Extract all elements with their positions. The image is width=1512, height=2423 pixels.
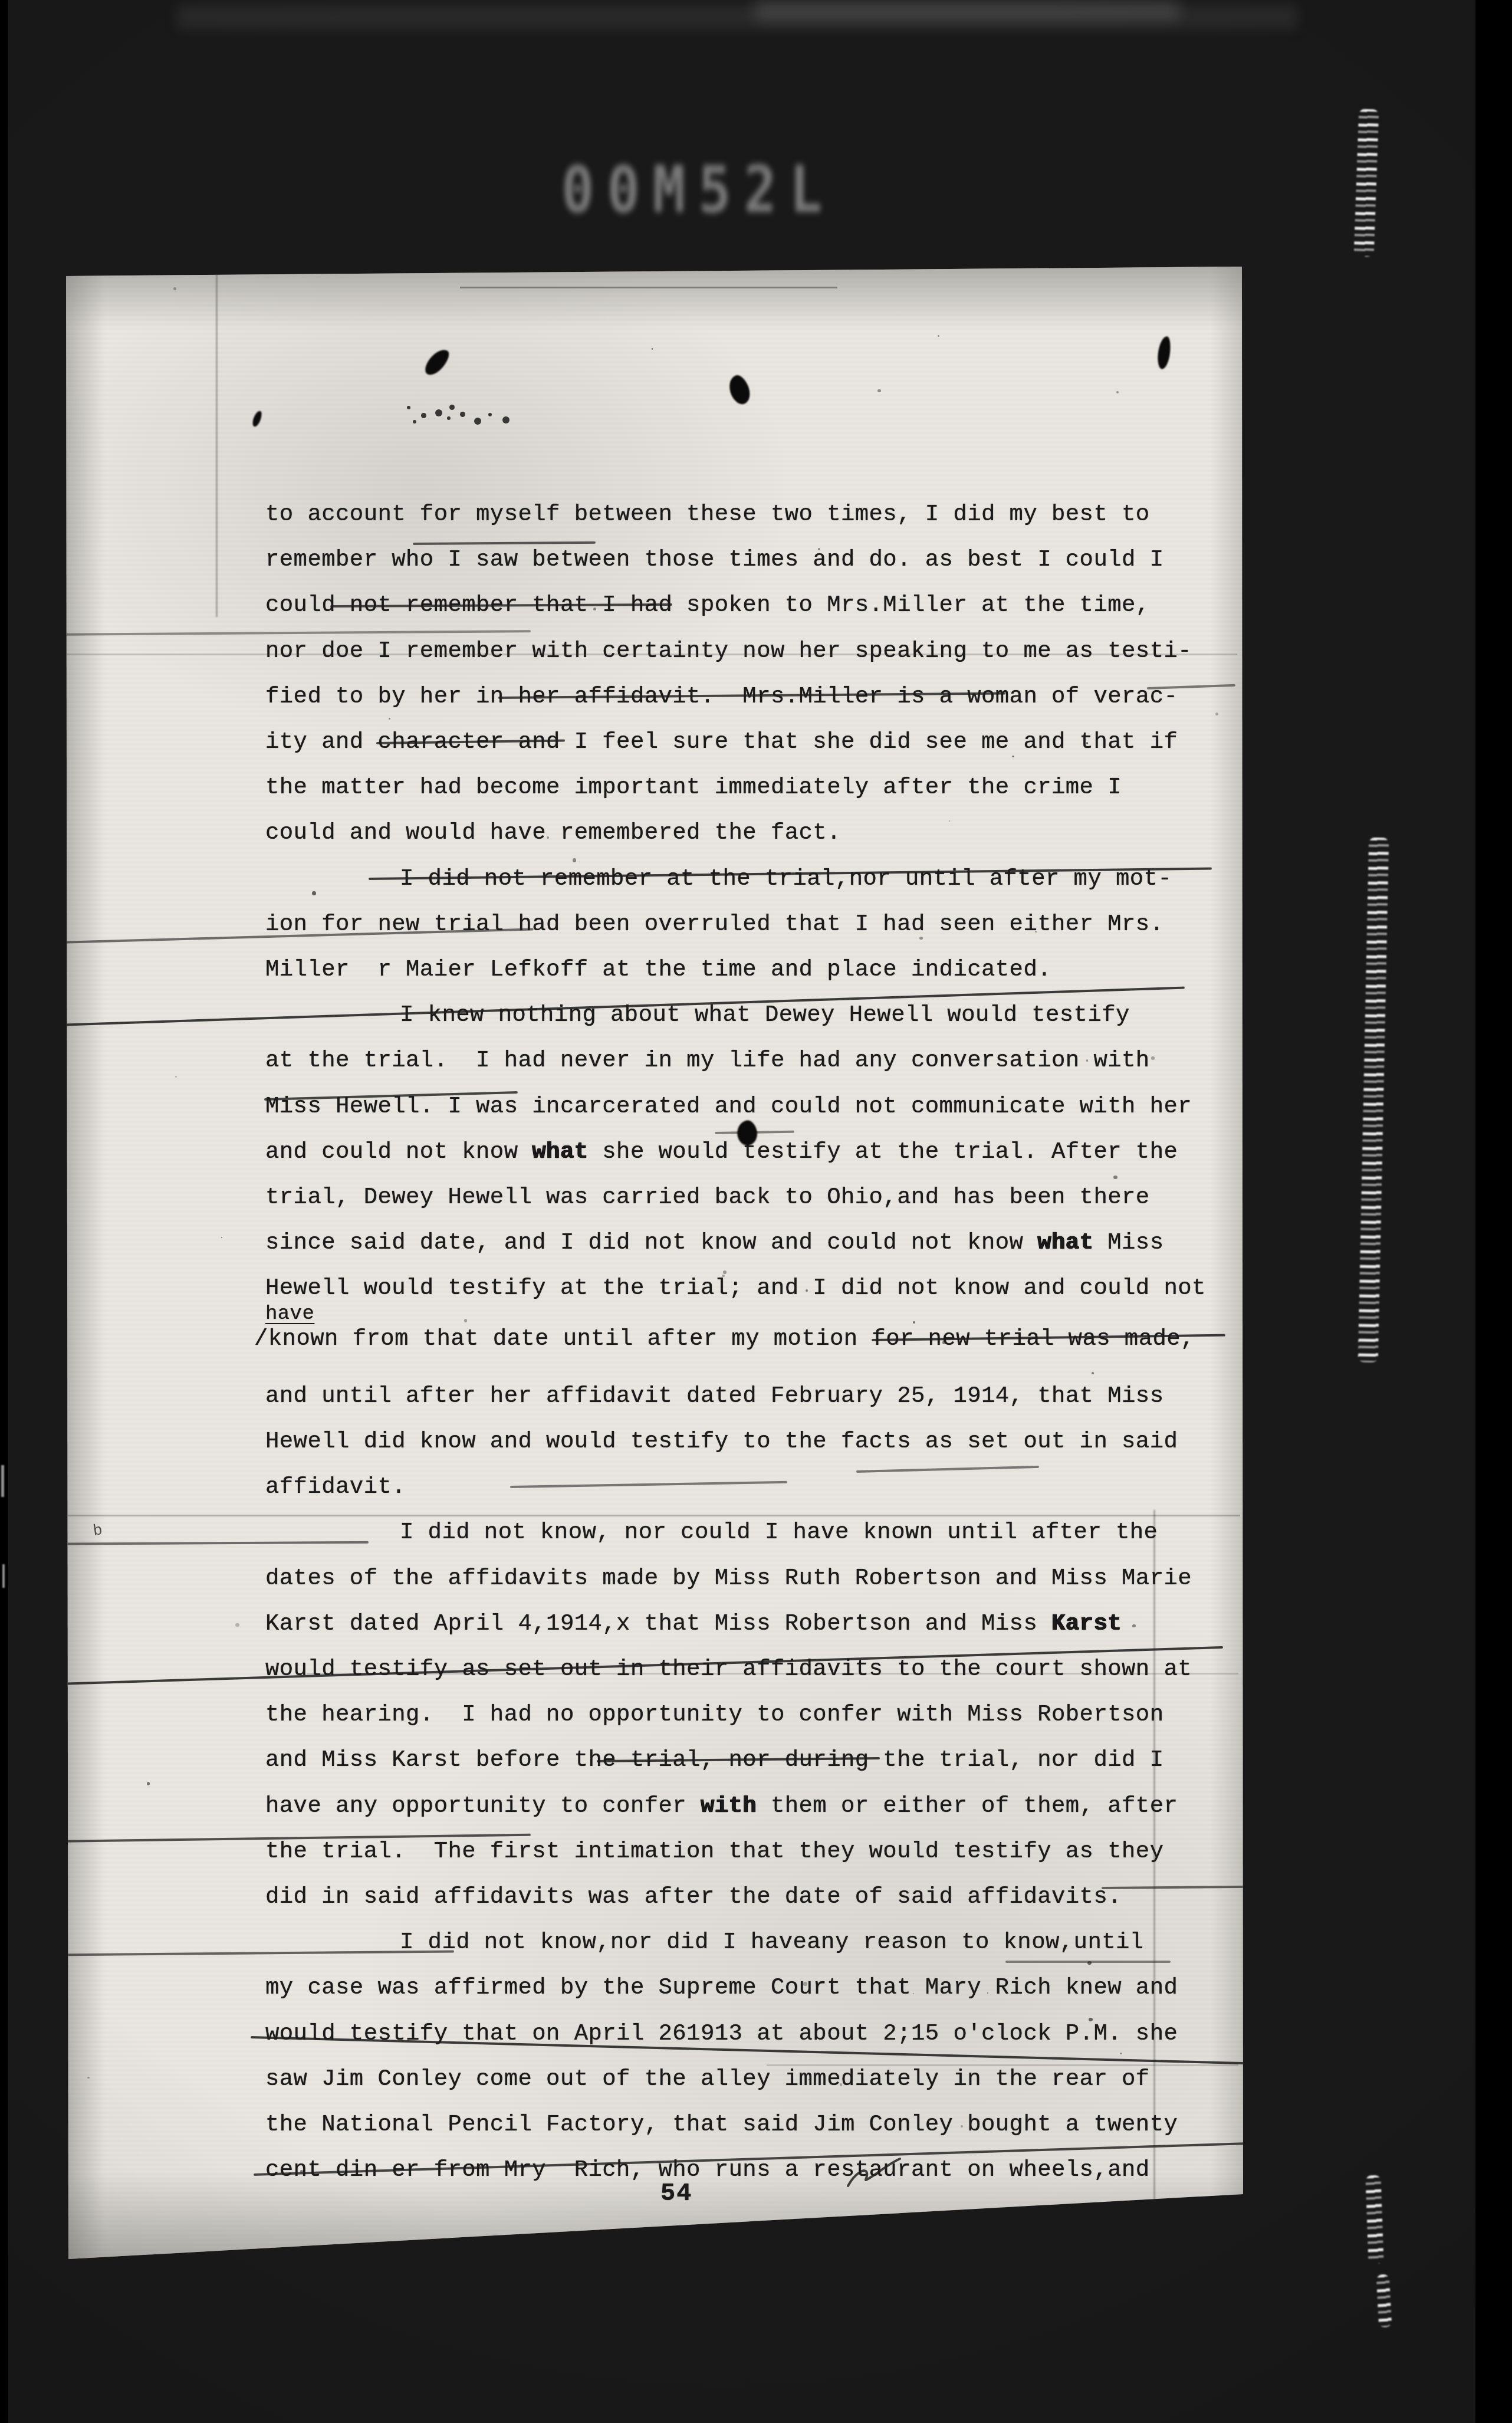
- dust-speck: [1151, 1056, 1155, 1060]
- film-edge-writing: [1358, 838, 1389, 1363]
- text-line: affidavit.: [265, 1473, 406, 1501]
- text-line: and until after her affidavit dated Febr…: [265, 1382, 1163, 1410]
- scratch-line: [767, 2064, 1238, 2066]
- text-run: Miller r Maier Lefkoff at the time and p…: [265, 957, 1051, 983]
- text-line: trial, Dewey Hewell was carried back to …: [265, 1183, 1150, 1211]
- text-run: the matter had become important immediat…: [265, 774, 1122, 800]
- text-line: Miller r Maier Lefkoff at the time and p…: [265, 956, 1051, 984]
- film-edge-highlight: [2, 1564, 5, 1588]
- pencil-strikethrough: [41, 630, 531, 636]
- text-run: Hewell did know and would testify to the…: [265, 1429, 1178, 1455]
- ink-speck: [421, 413, 426, 418]
- dust-speck: [235, 1623, 239, 1627]
- dust-speck: [389, 718, 390, 720]
- dust-speck: [1132, 1624, 1135, 1627]
- text-line: dates of the affidavits made by Miss Rut…: [265, 1564, 1192, 1593]
- dust-speck: [464, 1319, 467, 1322]
- top-exposure-smear-bright: [755, 0, 1179, 20]
- text-run: the hearing. I had no opportunity to con…: [265, 1702, 1163, 1728]
- film-edge-writing: [1365, 2175, 1383, 2264]
- text-run: nor doe I remember with certainty now he…: [265, 638, 1192, 664]
- page-number: 54: [660, 2181, 692, 2206]
- text-run: Karst dated April 4,1914,x that Miss Rob…: [265, 1611, 1051, 1637]
- dust-speck: [573, 858, 577, 862]
- film-edge-left: [0, 0, 8, 2423]
- text-line: I did not know, nor could I have known u…: [265, 1518, 1158, 1547]
- dust-speck: [652, 348, 653, 350]
- overstruck-word: what: [532, 1139, 588, 1165]
- scratch-line: [307, 1673, 1238, 1675]
- dust-speck: [1113, 1176, 1117, 1179]
- text-run: she would testify at the trial. After th…: [589, 1139, 1178, 1165]
- text-run: my case was affirmed by the Supreme Cour…: [265, 1975, 1178, 2001]
- handwritten-checkmark-icon: [843, 2152, 908, 2193]
- margin-stray-mark: b: [92, 1521, 104, 1540]
- dust-speck: [300, 2170, 303, 2173]
- ink-speck: [447, 416, 451, 420]
- text-line: have any opportunity to confer with them…: [265, 1792, 1178, 1820]
- dust-speck: [1092, 1372, 1094, 1374]
- ink-speck: [407, 406, 410, 409]
- text-line: to account for myself between these two …: [265, 500, 1150, 528]
- text-run: Miss: [1093, 1230, 1163, 1256]
- dust-speck: [1215, 713, 1218, 715]
- ink-speck: [449, 405, 455, 410]
- dust-speck: [752, 967, 754, 969]
- text-run: would testify that on April 261913 at ab…: [265, 2021, 1178, 2047]
- ink-blot: [422, 346, 453, 379]
- film-edge-right: [1475, 0, 1512, 2423]
- overstruck-word: with: [701, 1793, 757, 1819]
- text-line: did in said affidavits was after the dat…: [265, 1883, 1122, 1911]
- text-run: and could not know: [265, 1139, 532, 1165]
- text-run: I knew nothing about what Dewey Hewell w…: [400, 1002, 1130, 1028]
- ink-speck: [474, 418, 481, 425]
- scratch-line: [64, 654, 1237, 655]
- text-run: affidavit.: [265, 1474, 406, 1500]
- text-line: I knew nothing about what Dewey Hewell w…: [265, 1001, 1130, 1029]
- dust-speck: [919, 937, 923, 940]
- text-run: I did not know, nor could I have known u…: [400, 1519, 1158, 1545]
- text-run: and until after her affidavit dated Febr…: [265, 1383, 1163, 1409]
- dust-speck: [1120, 2053, 1122, 2055]
- text-run: have any opportunity to confer: [265, 1793, 701, 1819]
- text-line: the National Pencil Factory, that said J…: [265, 2110, 1178, 2139]
- ink-speck: [488, 413, 492, 416]
- overstruck-word: what: [1037, 1230, 1093, 1256]
- dust-speck: [221, 1237, 222, 1238]
- pencil-strikethrough: [856, 1466, 1039, 1473]
- film-edge-writing: [1376, 2274, 1392, 2327]
- text-line: would testify as set out in their affida…: [265, 1655, 1192, 1683]
- dust-speck: [942, 1341, 945, 1344]
- pencil-strikethrough: [413, 541, 596, 545]
- text-run: the trial. The first intimation that the…: [265, 1838, 1163, 1864]
- dust-speck: [840, 2083, 843, 2086]
- document-page: to account for myself between these two …: [64, 267, 1245, 2260]
- scanned-document-photostat: 00M52L to account for myself between the…: [0, 0, 1512, 2423]
- film-edge-writing: [1354, 109, 1379, 257]
- text-line: at the trial. I had never in my life had…: [265, 1046, 1150, 1075]
- dust-speck: [954, 1101, 955, 1103]
- text-run: I did not know,nor did I haveany reason …: [400, 1929, 1144, 1955]
- text-run: since said date, and I did not know and …: [265, 1230, 1037, 1256]
- text-run: remember who I saw between those times a…: [265, 547, 1163, 573]
- overstruck-word: Karst: [1051, 1611, 1122, 1637]
- text-run: them or either of them, after: [757, 1793, 1178, 1819]
- text-run: could and would have remembered the fact…: [265, 820, 841, 846]
- text-line: remember who I saw between those times a…: [265, 546, 1163, 574]
- crease-line: [1153, 1510, 1155, 2235]
- scratch-line: [64, 1515, 1240, 1516]
- dust-speck: [803, 1982, 807, 1986]
- pencil-strikethrough: [510, 1481, 787, 1488]
- dust-speck: [722, 1275, 724, 1277]
- dust-speck: [913, 1321, 915, 1324]
- dust-speck: [1089, 2018, 1092, 2021]
- top-exposure-smear: [177, 5, 1297, 29]
- dust-speck: [175, 1076, 177, 1078]
- dust-speck: [1116, 391, 1119, 393]
- text-run: would testify as set out in their affida…: [265, 1656, 1192, 1682]
- ink-blot: [1156, 336, 1172, 370]
- dust-speck: [877, 389, 880, 392]
- text-run: to account for myself between these two …: [265, 501, 1150, 527]
- text-line: nor doe I remember with certainty now he…: [265, 637, 1192, 665]
- ink-blot: [725, 373, 754, 408]
- text-line: Karst dated April 4,1914,x that Miss Rob…: [265, 1610, 1122, 1638]
- dust-speck: [547, 836, 549, 839]
- dust-speck: [723, 1270, 727, 1274]
- text-line: would testify that on April 261913 at ab…: [265, 2020, 1178, 2048]
- text-line: the matter had become important immediat…: [265, 773, 1122, 802]
- scratch-line: [460, 287, 837, 288]
- dust-speck: [938, 335, 939, 337]
- dust-speck: [312, 891, 316, 895]
- text-line: saw Jim Conley come out of the alley imm…: [265, 2065, 1150, 2093]
- text-run: at the trial. I had never in my life had…: [265, 1048, 1150, 1073]
- text-line: and could not know what she would testif…: [265, 1138, 1178, 1166]
- dust-speck: [1012, 756, 1014, 758]
- ink-speck: [435, 409, 442, 416]
- text-line: my case was affirmed by the Supreme Cour…: [265, 1974, 1178, 2002]
- crease-line: [216, 269, 218, 617]
- film-edge-highlight: [1, 1465, 4, 1497]
- text-run: Hewell would testify at the trial; and I…: [265, 1275, 1206, 1301]
- dust-speck: [147, 1782, 150, 1785]
- faded-number-stamp: 00M52L: [561, 158, 835, 222]
- text-run: saw Jim Conley come out of the alley imm…: [265, 2066, 1150, 2092]
- text-run: have: [265, 1303, 314, 1325]
- ink-blot: [251, 410, 263, 428]
- text-line: Hewell did know and would testify to the…: [265, 1427, 1178, 1456]
- dust-speck: [949, 820, 950, 822]
- text-line: Hewell would testify at the trial; and I…: [265, 1274, 1206, 1302]
- text-run: Miss Hewell. I was incarcerated and coul…: [265, 1094, 1192, 1119]
- text-run: the National Pencil Factory, that said J…: [265, 2112, 1178, 2138]
- text-line: since said date, and I did not know and …: [265, 1229, 1163, 1257]
- ink-speck: [460, 412, 465, 417]
- text-line: the trial. The first intimation that the…: [265, 1837, 1163, 1866]
- text-line: could and would have remembered the fact…: [265, 819, 841, 847]
- text-run: trial, Dewey Hewell was carried back to …: [265, 1184, 1150, 1210]
- dust-speck: [1087, 1961, 1092, 1965]
- ink-speck: [413, 420, 416, 423]
- pencil-strikethrough: [1102, 1886, 1261, 1889]
- inserted-word: have: [265, 1300, 314, 1328]
- dust-speck: [1132, 1856, 1133, 1857]
- text-line: the hearing. I had no opportunity to con…: [265, 1700, 1163, 1729]
- ink-speck: [502, 416, 510, 423]
- dust-speck: [87, 2077, 89, 2079]
- dust-speck: [173, 287, 176, 290]
- dust-speck: [1086, 1059, 1088, 1061]
- text-run: dates of the affidavits made by Miss Rut…: [265, 1565, 1192, 1591]
- text-run: did in said affidavits was after the dat…: [265, 1884, 1122, 1910]
